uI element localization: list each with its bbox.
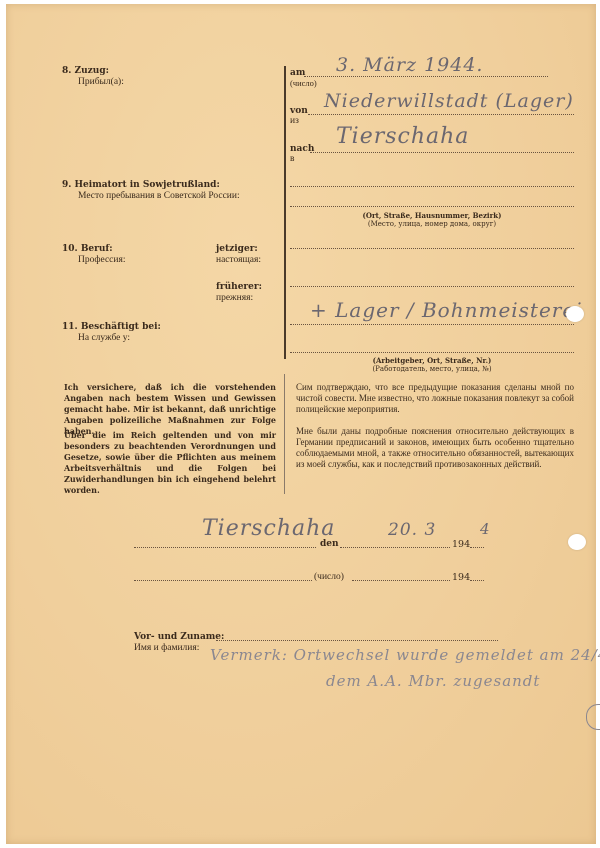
stamp-mark — [586, 704, 600, 730]
item11-caption-de: (Arbeitgeber, Ort, Straße, Nr.) — [290, 357, 574, 365]
item10-label-de: 10. Beruf: — [62, 244, 113, 255]
item9-label-de: 9. Heimatort in Sowjetrußland: — [62, 180, 220, 191]
item11-caption-ru: (Работодатель, место, улица, №) — [290, 365, 574, 373]
employer-field-line-1[interactable] — [290, 324, 574, 325]
year-field-line-ru[interactable] — [470, 580, 484, 581]
am-label-ru: (число) — [290, 78, 317, 89]
former-profession-label-ru: прежняя: — [216, 293, 253, 304]
year-field-line[interactable] — [470, 547, 484, 548]
place-field-line-ru[interactable] — [134, 580, 312, 581]
employer-field-line-2[interactable] — [290, 352, 574, 353]
name-field-line[interactable] — [216, 640, 498, 641]
former-profession-label: früherer: — [216, 282, 262, 293]
von-field-value: Niederwillstadt (Lager) — [324, 90, 574, 112]
name-label-ru: Имя и фамилия: — [134, 643, 199, 654]
employer-field-value: + Lager / Bohnmeisterei — [310, 298, 583, 322]
nach-label-ru: в — [290, 154, 295, 165]
year-value: 4 — [480, 520, 491, 538]
punch-hole-upper — [566, 306, 584, 322]
current-profession-label-ru: настоящая: — [216, 255, 261, 266]
declaration-ru-p2: Мне были даны подробные пояснения относи… — [296, 426, 574, 470]
date-field-line[interactable] — [340, 547, 450, 548]
chislo-label: (число) — [314, 572, 344, 583]
den-label: den — [320, 539, 339, 550]
am-field-value: 3. März 1944. — [336, 54, 483, 76]
item10-label-ru: Профессия: — [78, 255, 126, 266]
column-divider-lower — [284, 374, 285, 494]
item11-label-de: 11. Beschäftigt bei: — [62, 322, 161, 333]
year-prefix: 194 — [452, 539, 470, 550]
column-divider — [284, 66, 286, 359]
date-field-value: 20. 3 — [388, 520, 436, 540]
document-page: 8. Zuzug: Прибыл(а): am (число) 3. März … — [6, 4, 596, 844]
von-field-line[interactable] — [308, 114, 574, 115]
handwritten-note-line2: dem A.A. Mbr. zugesandt — [326, 672, 540, 690]
am-field-line[interactable] — [304, 76, 548, 77]
declaration-ru-p1: Сим подтверждаю, что все предыдущие пока… — [296, 382, 574, 415]
item11-label-ru: На службе у: — [78, 333, 130, 344]
item9-field-line-1[interactable] — [290, 186, 574, 187]
punch-hole-lower — [568, 534, 586, 550]
current-profession-field[interactable] — [290, 248, 574, 249]
item9-field-line-2[interactable] — [290, 206, 574, 207]
nach-field-value: Tierschaha — [336, 124, 469, 149]
item8-label-ru: Прибыл(а): — [78, 77, 124, 88]
former-profession-field[interactable] — [290, 286, 574, 287]
year-prefix-ru: 194 — [452, 572, 470, 583]
declaration-de-p2: Über die im Reich geltenden und von mir … — [64, 430, 276, 496]
place-field-value: Tierschaha — [202, 516, 335, 541]
item9-caption-ru: (Место, улица, номер дома, округ) — [290, 220, 574, 228]
handwritten-note-line1: Vermerk: Ortwechsel wurde gemeldet am 24… — [210, 646, 600, 664]
item9-caption-de: (Ort, Straße, Hausnummer, Bezirk) — [290, 212, 574, 220]
declaration-de-p1: Ich versichere, daß ich die vorstehenden… — [64, 382, 276, 437]
nach-field-line[interactable] — [310, 152, 574, 153]
name-label-de: Vor- und Zuname: — [134, 632, 224, 643]
current-profession-label: jetziger: — [216, 244, 258, 255]
item8-label-de: 8. Zuzug: — [62, 66, 109, 77]
item9-label-ru: Место пребывания в Советской России: — [78, 191, 240, 202]
date-field-line-ru[interactable] — [352, 580, 450, 581]
von-label-ru: из — [290, 116, 299, 127]
place-field-line[interactable] — [134, 547, 316, 548]
